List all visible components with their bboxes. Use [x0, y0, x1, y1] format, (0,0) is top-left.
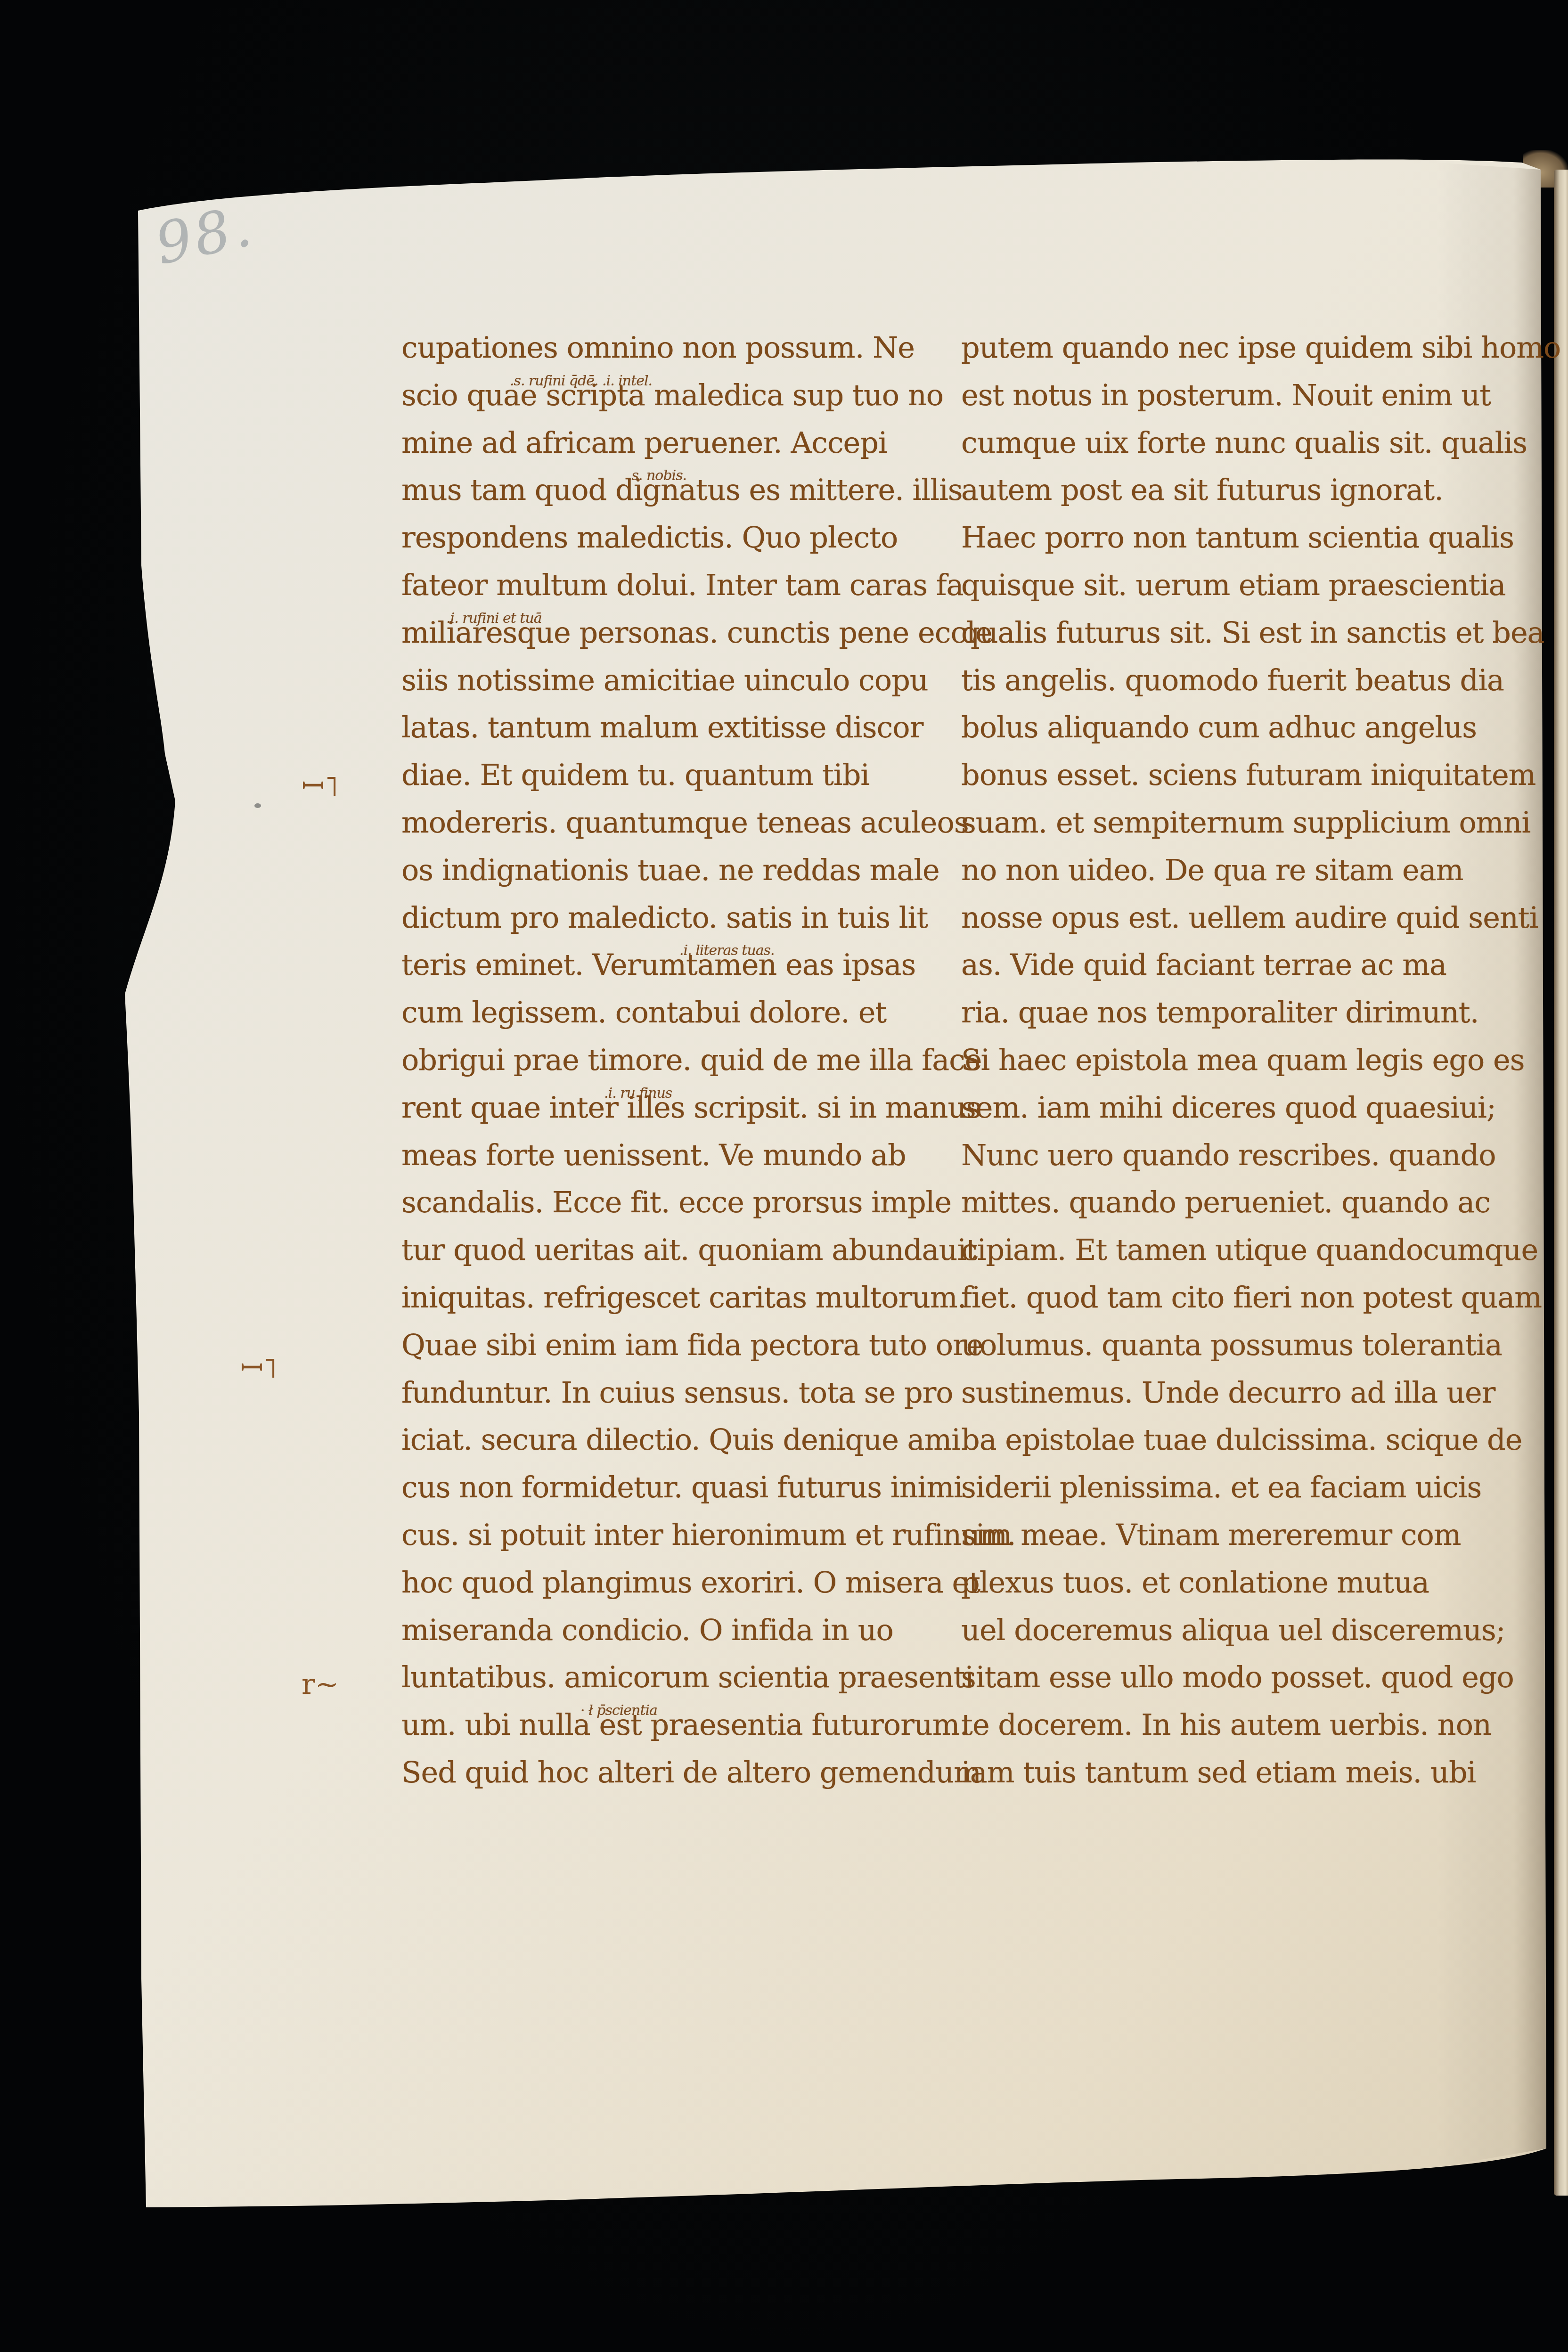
text-line: .s. rufini q̄dē. .i. intel.scio quae scr…	[401, 372, 957, 419]
margin-mark-middle: ꟷ˥	[240, 1347, 277, 1386]
text-line: ria. quae nos temporaliter dirimunt.	[961, 989, 1522, 1037]
text-line: Si haec epistola mea quam legis ego es	[961, 1037, 1522, 1084]
text-line: suam. et sempiternum supplicium omni	[961, 799, 1522, 847]
text-line: funduntur. In cuius sensus. tota se pro	[401, 1369, 957, 1417]
text-line: · ł p̄scientiaum. ubi nulla est praesent…	[401, 1701, 957, 1749]
text-line: te docerem. In his autem uerbis. non	[961, 1701, 1522, 1749]
text-line: .s. nobis.mus tam quod dignatus es mitte…	[401, 466, 957, 514]
interlinear-gloss: .i. ru finus	[604, 1070, 672, 1117]
text-line: cupationes omnino non possum. Ne	[401, 324, 957, 372]
parchment-leaf: 98. ꟷ˥ ꟷ˥ r~ cupationes omnino non possu…	[0, 0, 1568, 2352]
text-line: tur quod ueritas ait. quoniam abundauit	[401, 1226, 957, 1274]
text-line: os indignationis tuae. ne reddas male	[401, 847, 957, 894]
text-line: uel doceremus aliqua uel disceremus;	[961, 1607, 1522, 1654]
text-line: respondens maledictis. Quo plecto	[401, 514, 957, 562]
text-line: plexus tuos. et conlatione mutua	[961, 1559, 1522, 1607]
text-line: sitam esse ullo modo posset. quod ego	[961, 1654, 1522, 1701]
text-line: quisque sit. uerum etiam praescientia	[961, 562, 1522, 609]
interlinear-gloss: .s. rufini q̄dē. .i. intel.	[510, 358, 652, 405]
text-line: diae. Et quidem tu. quantum tibi	[401, 751, 957, 799]
text-line: hoc quod plangimus exoriri. O misera et	[401, 1559, 957, 1607]
text-line: cus. si potuit inter hieronimum et rufin…	[401, 1511, 957, 1559]
text-line: as. Vide quid faciant terrae ac ma	[961, 941, 1522, 989]
text-line: cipiam. Et tamen utique quandocumque	[961, 1226, 1522, 1274]
text-line: obrigui prae timore. quid de me illa fac…	[401, 1037, 957, 1084]
text-line: est notus in posterum. Nouit enim ut	[961, 372, 1522, 419]
text-line: bonus esset. sciens futuram iniquitatem	[961, 751, 1522, 799]
text-line: putem quando nec ipse quidem sibi homo	[961, 324, 1522, 372]
text-line: bolus aliquando cum adhuc angelus	[961, 704, 1522, 751]
image-viewer-background: 98. ꟷ˥ ꟷ˥ r~ cupationes omnino non possu…	[0, 0, 1568, 2352]
text-line: uolumus. quanta possumus tolerantia	[961, 1322, 1522, 1369]
margin-mark-lower: r~	[302, 1668, 339, 1701]
text-line: iniquitas. refrigescet caritas multorum.	[401, 1274, 957, 1322]
text-line: Haec porro non tantum scientia qualis	[961, 514, 1522, 562]
interlinear-gloss: .s. nobis.	[628, 452, 686, 499]
interlinear-gloss: · ł p̄scientia	[580, 1687, 657, 1734]
text-line: cus non formidetur. quasi futurus inimi	[401, 1464, 957, 1511]
text-line: sustinemus. Unde decurro ad illa uer	[961, 1369, 1522, 1417]
text-line: siis notissime amicitiae uinculo copu	[401, 657, 957, 704]
text-line: qualis futurus sit. Si est in sanctis et…	[961, 609, 1522, 657]
text-line: cumque uix forte nunc qualis sit. qualis	[961, 419, 1522, 467]
margin-mark-upper: ꟷ˥	[302, 766, 338, 804]
text-line: autem post ea sit futurus ignorat.	[961, 466, 1522, 514]
text-line: .i. literas tuas.teris eminet. Verumtame…	[401, 941, 957, 989]
text-line: sim meae. Vtinam mereremur com	[961, 1511, 1522, 1559]
text-line: sem. iam mihi diceres quod quaesiui;	[961, 1084, 1522, 1132]
text-line: Quae sibi enim iam fida pectora tuto ore	[401, 1322, 957, 1369]
interlinear-gloss: .i. literas tuas.	[679, 927, 775, 974]
text-line: scandalis. Ecce fit. ecce prorsus imple	[401, 1179, 957, 1226]
text-line: .i. rufini et tuāmiliaresque personas. c…	[401, 609, 957, 657]
text-line: iam tuis tantum sed etiam meis. ubi	[961, 1749, 1522, 1797]
parchment-blemish	[254, 803, 261, 808]
text-line: no non uideo. De qua re sitam eam	[961, 847, 1522, 894]
text-line: ba epistolae tuae dulcissima. scique de	[961, 1416, 1522, 1464]
text-line: nosse opus est. uellem audire quid senti	[961, 894, 1522, 942]
text-line: luntatibus. amicorum scientia praesenti	[401, 1654, 957, 1701]
text-line: iciat. secura dilectio. Quis denique ami	[401, 1416, 957, 1464]
interlinear-gloss: .i. rufini et tuā	[446, 595, 542, 642]
text-line: meas forte uenissent. Ve mundo ab	[401, 1132, 957, 1179]
text-line: latas. tantum malum extitisse discor	[401, 704, 957, 751]
text-line: modereris. quantumque teneas aculeos	[401, 799, 957, 847]
text-line: miseranda condicio. O infida in uo	[401, 1607, 957, 1654]
text-line: Sed quid hoc alteri de altero gemendum	[401, 1749, 957, 1797]
text-line: cum legissem. contabui dolore. et	[401, 989, 957, 1037]
text-line: mittes. quando perueniet. quando ac	[961, 1179, 1522, 1226]
text-line: Nunc uero quando rescribes. quando	[961, 1132, 1522, 1179]
text-line: tis angelis. quomodo fuerit beatus dia	[961, 657, 1522, 704]
text-line: fiet. quod tam cito fieri non potest qua…	[961, 1274, 1522, 1322]
text-line: .i. ru finusrent quae inter illes scrips…	[401, 1084, 957, 1132]
text-line: siderii plenissima. et ea faciam uicis	[961, 1464, 1522, 1511]
text-column-right: putem quando nec ipse quidem sibi homo e…	[961, 324, 1522, 1797]
text-column-left: cupationes omnino non possum. Ne .s. ruf…	[401, 324, 957, 1797]
